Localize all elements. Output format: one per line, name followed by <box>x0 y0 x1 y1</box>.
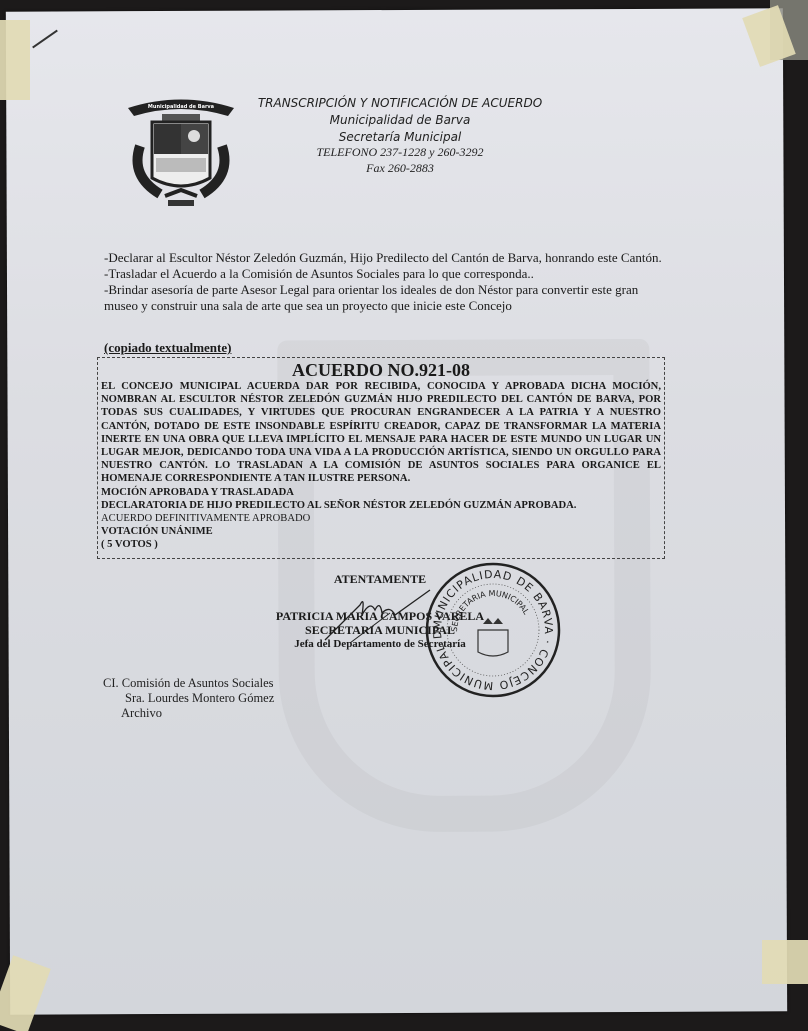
organization-name: Municipalidad de Barva <box>240 113 560 127</box>
municipal-crest-logo-icon: Municipalidad de Barva <box>120 86 242 212</box>
vote-type: VOTACIÓN UNÁNIME <box>101 525 661 538</box>
final-approval: ACUERDO DEFINITIVAMENTE APROBADO <box>101 512 661 525</box>
fax-number: Fax 260-2883 <box>240 161 560 176</box>
tape-top-left <box>0 20 30 100</box>
resolution-points: -Declarar al Escultor Néstor Zeledón Guz… <box>104 250 669 314</box>
official-seal-icon: MUNICIPALIDAD DE BARVA · CONCEJO MUNICIP… <box>423 560 563 700</box>
agreement-box: ACUERDO NO.921-08 EL CONCEJO MUNICIPAL A… <box>97 357 665 559</box>
svg-text:SECRETARIA MUNICIPAL: SECRETARIA MUNICIPAL <box>450 589 531 632</box>
agreement-text: EL CONCEJO MUNICIPAL ACUERDA DAR POR REC… <box>101 380 661 486</box>
motion-status: MOCIÓN APROBADA Y TRASLADADA <box>101 486 661 499</box>
cc-commission: CI. Comisión de Asuntos Sociales <box>103 676 274 691</box>
copied-label: (copiado textualmente) <box>104 340 231 356</box>
cc-archive: Archivo <box>103 706 274 721</box>
declaration-status: DECLARATORIA DE HIJO PREDILECTO AL SEÑOR… <box>101 499 661 512</box>
cc-person: Sra. Lourdes Montero Gómez <box>103 691 274 706</box>
point-transfer: -Trasladar el Acuerdo a la Comisión de A… <box>104 266 669 282</box>
tape-bottom-right <box>762 940 808 984</box>
letterhead: TRANSCRIPCIÓN Y NOTIFICACIÓN DE ACUERDO … <box>240 96 560 176</box>
svg-text:Municipalidad de Barva: Municipalidad de Barva <box>148 104 214 110</box>
handwritten-signature-icon <box>320 585 440 645</box>
point-advisory: -Brindar asesoría de parte Asesor Legal … <box>104 282 669 314</box>
agreement-title: ACUERDO NO.921-08 <box>101 360 661 380</box>
carbon-copy-list: CI. Comisión de Asuntos Sociales Sra. Lo… <box>103 676 274 721</box>
phone-numbers: TELEFONO 237-1228 y 260-3292 <box>240 145 560 160</box>
point-declare: -Declarar al Escultor Néstor Zeledón Guz… <box>104 250 669 266</box>
document-title: TRANSCRIPCIÓN Y NOTIFICACIÓN DE ACUERDO <box>240 96 560 110</box>
vote-count: ( 5 VOTOS ) <box>101 538 661 551</box>
department-name: Secretaría Municipal <box>240 130 560 144</box>
